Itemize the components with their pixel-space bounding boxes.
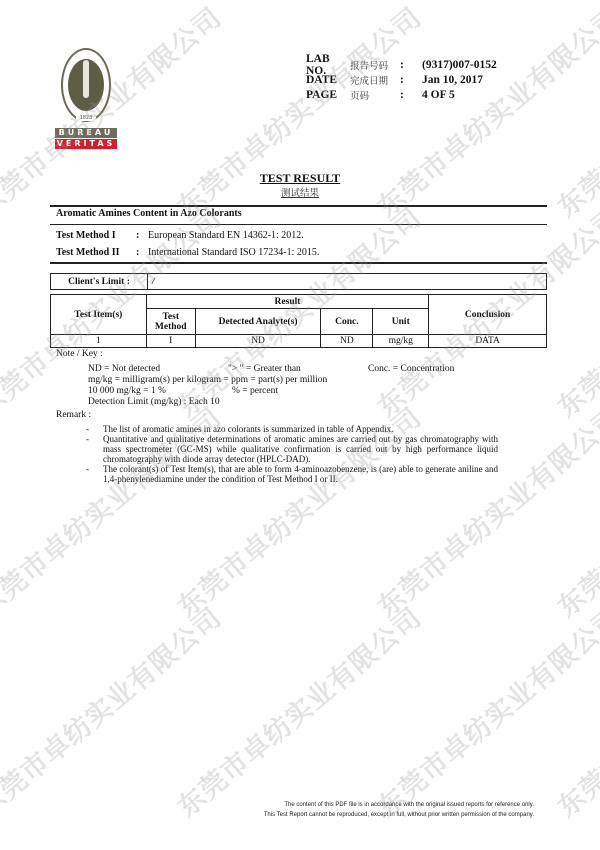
test-method-2: Test Method II : International Standard …	[56, 247, 319, 258]
date-row: DATE 完成日期 : Jan 10, 2017	[306, 72, 497, 87]
footer-disclaimer-2: This Test Report cannot be reproduced, e…	[264, 812, 534, 818]
note-conc: Conc. = Concentration	[368, 364, 454, 374]
bureau-veritas-logo: 1828 BUREAU VERITAS	[55, 48, 117, 149]
watermark-text: 东莞市卓纺实业有限公司	[0, 597, 228, 825]
client-limit-label: Client's Limit :	[51, 274, 148, 290]
remark-item: -The colorant(s) of Test Item(s), that a…	[86, 464, 498, 484]
section-bottom-rule	[50, 262, 547, 264]
note-line: mg/kg = milligram(s) per kilogram = ppm …	[88, 375, 327, 385]
remark-list: -The list of aromatic amines in azo colo…	[86, 424, 498, 484]
lab-no-value: (9317)007-0152	[422, 59, 497, 71]
header-unit: Unit	[373, 309, 429, 335]
remark-item: -The list of aromatic amines in azo colo…	[86, 424, 498, 434]
header-test-item: Test Item(s)	[51, 295, 147, 335]
header-conclusion: Conclusion	[429, 295, 547, 335]
page-title: TEST RESULT	[0, 171, 600, 186]
client-limit-table: Client's Limit : /	[50, 273, 547, 290]
watermark-text: 东莞市卓纺实业有限公司	[547, 397, 600, 625]
note-greater-than: "> " = Greater than	[228, 364, 301, 374]
header-result: Result	[146, 295, 428, 309]
report-header-info: LAB NO. 报告号码 : (9317)007-0152 DATE 完成日期 …	[306, 57, 497, 102]
client-limit-value: /	[148, 274, 547, 290]
watermark-text: 东莞市卓纺实业有限公司	[547, 197, 600, 425]
note-line: ND = Not detected	[88, 364, 160, 374]
section-top-rule	[50, 205, 547, 207]
section-title-rule	[50, 224, 547, 225]
lab-no-row: LAB NO. 报告号码 : (9317)007-0152	[306, 57, 497, 72]
section-title: Aromatic Amines Content in Azo Colorants	[56, 208, 242, 219]
header-conc: Conc.	[321, 309, 373, 335]
note-percent: % = percent	[232, 386, 278, 396]
result-table: Test Item(s) Result Conclusion Test Meth…	[50, 294, 547, 348]
page-subtitle: 测试结果	[0, 185, 600, 199]
page-value: 4 OF 5	[422, 89, 455, 101]
note-key-title: Note / Key :	[56, 349, 103, 359]
watermark-text: 东莞市卓纺实业有限公司	[367, 597, 600, 825]
date-value: Jan 10, 2017	[422, 74, 483, 86]
footer-disclaimer-1: The content of this PDF file is in accor…	[284, 802, 534, 808]
test-method-1: Test Method I : European Standard EN 143…	[56, 230, 304, 241]
seal-emblem-icon: 1828	[61, 48, 111, 122]
note-line: Detection Limit (mg/kg) : Each 10	[88, 397, 220, 407]
header-test-method: Test Method	[146, 309, 195, 335]
note-line: 10 000 mg/kg = 1 %	[88, 386, 166, 396]
remark-item: -Quantitative and qualitative determinat…	[86, 434, 498, 464]
watermark-text: 东莞市卓纺实业有限公司	[167, 597, 428, 825]
page-row: PAGE 页码 : 4 OF 5	[306, 87, 497, 102]
logo-brand-top: BUREAU	[55, 128, 117, 138]
remark-title: Remark :	[56, 410, 91, 420]
header-detected-analyte: Detected Analyte(s)	[195, 309, 321, 335]
watermark-text: 东莞市卓纺实业有限公司	[547, 597, 600, 825]
table-row: 1 I ND ND mg/kg DATA	[51, 335, 547, 348]
logo-brand-bottom: VERITAS	[55, 139, 117, 149]
